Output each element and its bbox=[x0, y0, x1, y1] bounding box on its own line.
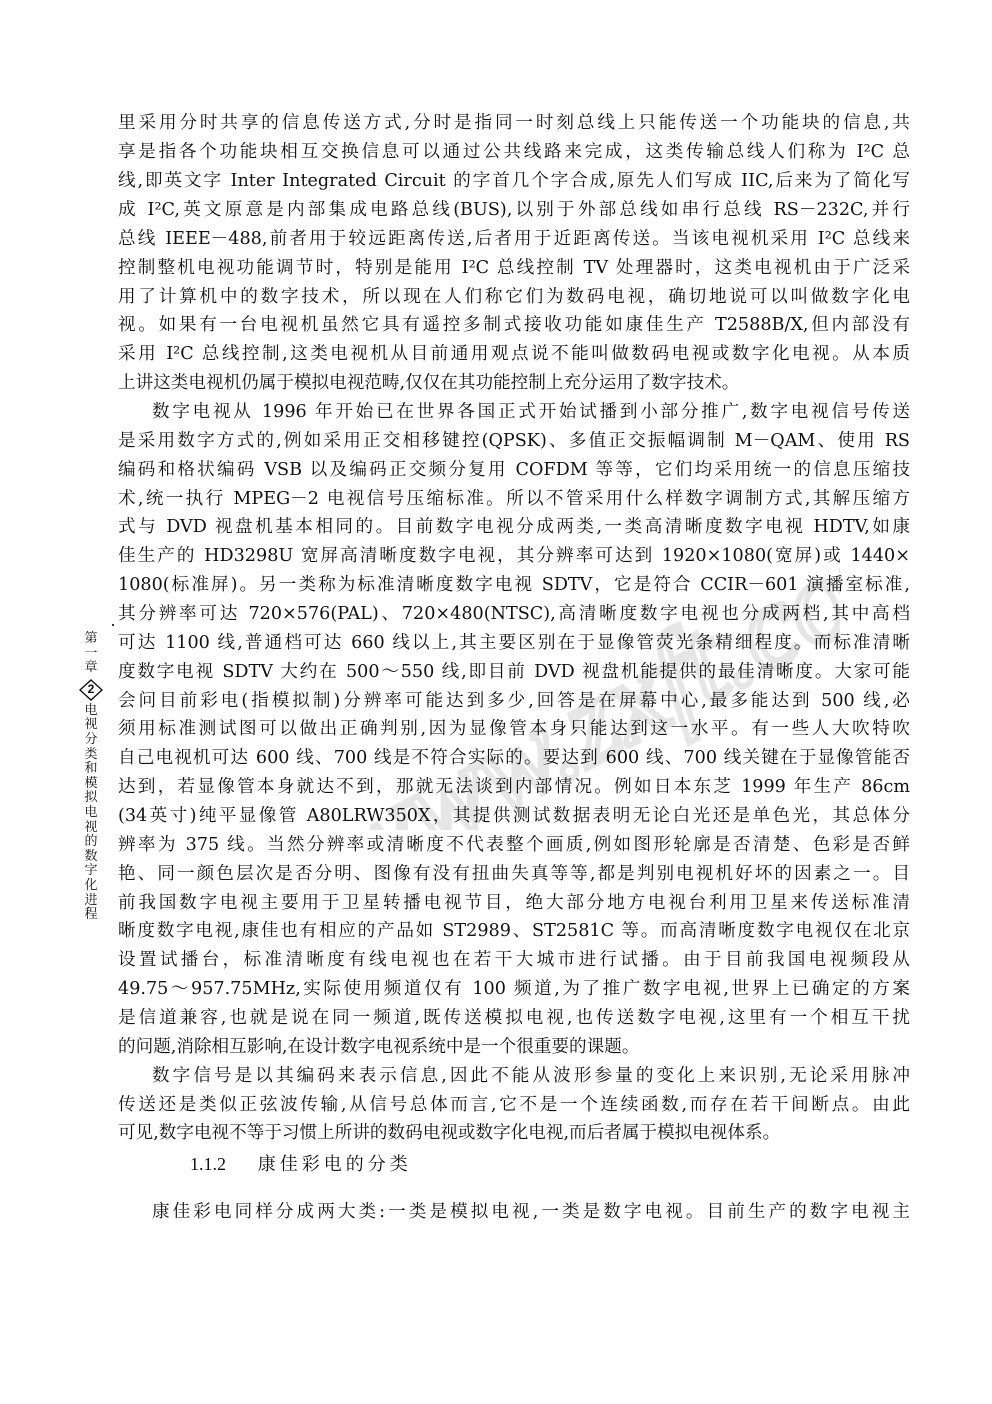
text-line: 传送还是类似正弦波传输,从信号总体而言,它不是一个连续函数,而存在若干间断点。由… bbox=[118, 1094, 910, 1116]
text-line: 设置试播台，标准清晰度有线电视也在若干大城市进行试播。由于目前我国电视频段从 bbox=[118, 949, 910, 971]
text-line: 可见,数字电视不等于习惯上所讲的数码电视或数字化电视,而后者属于模拟电视体系。 bbox=[118, 1122, 910, 1144]
text-line: 里采用分时共享的信息传送方式,分时是指同一时刻总线上只能传送一个功能块的信息,共 bbox=[118, 112, 910, 134]
text-line: 是采用数字方式的,例如采用正交相移键控(QPSK)、多值正交振幅调制 M－QAM… bbox=[118, 430, 910, 452]
text-line: 的问题,消除相互影响,在设计数字电视系统中是一个很重要的课题。 bbox=[118, 1036, 910, 1058]
page-number: 2 bbox=[79, 682, 103, 697]
chapter-title-char: 电 bbox=[80, 704, 102, 719]
text-line: 享是指各个功能块相互交换信息可以通过公共线路来完成，这类传输总线人们称为 I²C… bbox=[118, 141, 910, 163]
text-line: 线,即英文字 Inter Integrated Circuit 的字首几个字合成… bbox=[118, 170, 910, 192]
text-line: 佳生产的 HD3298U 宽屏高清晰度数字电视，其分辨率可达到 1920×108… bbox=[118, 545, 910, 567]
text-line: 前我国数字电视主要用于卫星转播电视节目，绝大部分地方电视台利用卫星来传送标准清 bbox=[118, 892, 910, 914]
text-line: 采用 I²C 总线控制,这类电视机从目前通用观点说不能叫做数码电视或数字化电视。… bbox=[118, 343, 910, 365]
section-title: 康佳彩电的分类 bbox=[258, 1154, 412, 1175]
page-number-badge: 2 bbox=[79, 679, 103, 701]
chapter-label-char: 一 bbox=[80, 647, 102, 662]
chapter-title-char: 电 bbox=[80, 806, 102, 821]
text-line: 1080(标准屏)。另一类称为标准清晰度数字电视 SDTV，它是符合 CCIR－… bbox=[118, 574, 910, 596]
document-page: www.zxft.com 里采用分时共享的信息传送方式,分时是指同一时刻总线上只… bbox=[0, 0, 992, 1404]
chapter-sidebar: 第 一 章 2 电 视 分 类 和 模 拟 电 视 的 数 字 化 进 程 bbox=[80, 632, 102, 923]
text-line: 用了计算机中的数字技术，所以现在人们称它们为数码电视，确切地说可以叫做数字化电 bbox=[118, 286, 910, 308]
text-line: 编码和格状编码 VSB 以及编码正交频分复用 COFDM 等等，它们均采用统一的… bbox=[118, 459, 910, 481]
chapter-title-char: 视 bbox=[80, 718, 102, 733]
text-line: 总线 IEEE－488,前者用于较远距离传送,后者用于近距离传送。当该电视机采用… bbox=[118, 228, 910, 250]
text-line: 术,统一执行 MPEG－2 电视信号压缩标准。所以不管采用什么样数字调制方式,其… bbox=[118, 488, 910, 510]
text-line: (34英寸)纯平显像管 A80LRW350X，其提供测试数据表明无论白光还是单色… bbox=[118, 805, 910, 827]
chapter-title-char: 分 bbox=[80, 733, 102, 748]
text-line: 其分辨率可达 720×576(PAL)、720×480(NTSC),高清晰度数字… bbox=[118, 603, 910, 625]
chapter-title-char: 程 bbox=[80, 908, 102, 923]
scan-speck bbox=[112, 624, 114, 626]
text-line: 上讲这类电视机仍属于模拟电视范畴,仅仅在其功能控制上充分运用了数字技术。 bbox=[118, 372, 910, 394]
chapter-title-char: 数 bbox=[80, 850, 102, 865]
text-line: 自己电视机可达 600 线、700 线是不符合实际的。要达到 600 线、700… bbox=[118, 747, 910, 769]
text-line: 视。如果有一台电视机虽然它具有遥控多制式接收功能如康佳生产 T2588B/X,但… bbox=[118, 314, 910, 336]
text-line: 须用标准测试图可以做出正确判别,因为显像管本身只能达到这一水平。有一些人大吹特吹 bbox=[118, 718, 910, 740]
text-line: 会问目前彩电(指模拟制)分辨率可能达到多少,回答是在屏幕中心,最多能达到 500… bbox=[118, 690, 910, 712]
chapter-title-char: 拟 bbox=[80, 791, 102, 806]
chapter-title-char: 视 bbox=[80, 821, 102, 836]
text-line: 49.75～957.75MHz,实际使用频道仅有 100 频道,为了推广数字电视… bbox=[118, 978, 910, 1000]
text-line: 可达 1100 线,普通档可达 660 线以上,其主要区别在于显像管荧光条精细程… bbox=[118, 632, 910, 654]
chapter-title-char: 字 bbox=[80, 864, 102, 879]
chapter-title-char: 的 bbox=[80, 835, 102, 850]
section-heading: 1.1.2 康佳彩电的分类 bbox=[190, 1153, 412, 1176]
text-line: 数字信号是以其编码来表示信息,因此不能从波形参量的变化上来识别,无论采用脉冲 bbox=[152, 1065, 910, 1087]
text-line: 是信道兼容,也就是说在同一频道,既传送模拟电视,也传送数字电视,这里有一个相互干… bbox=[118, 1007, 910, 1029]
chapter-label-char: 第 bbox=[80, 632, 102, 647]
text-line: 康佳彩电同样分成两大类:一类是模拟电视,一类是数字电视。目前生产的数字电视主 bbox=[152, 1201, 910, 1223]
chapter-title-char: 进 bbox=[80, 894, 102, 909]
text-line: 度数字电视 SDTV 大约在 500～550 线,即目前 DVD 视盘机能提供的… bbox=[118, 661, 910, 683]
text-line: 达到，若显像管本身就达不到，那就无法谈到内部情况。例如日本东芝 1999 年生产… bbox=[118, 776, 910, 798]
text-line: 式与 DVD 视盘机基本相同的。目前数字电视分成两类,一类高清晰度数字电视 HD… bbox=[118, 516, 910, 538]
text-line: 成 I²C,英文原意是内部集成电路总线(BUS),以别于外部总线如串行总线 RS… bbox=[118, 199, 910, 221]
section-number: 1.1.2 bbox=[190, 1154, 226, 1174]
text-line: 晰度数字电视,康佳也有相应的产品如 ST2989、ST2581C 等。而高清晰度… bbox=[118, 920, 910, 942]
chapter-label-char: 章 bbox=[80, 661, 102, 676]
chapter-title-char: 和 bbox=[80, 762, 102, 777]
text-line: 辨率为 375 线。当然分辨率或清晰度不代表整个画质,例如图形轮廓是否清楚、色彩… bbox=[118, 834, 910, 856]
text-line: 数字电视从 1996 年开始已在世界各国正式开始试播到小部分推广,数字电视信号传… bbox=[152, 401, 910, 423]
chapter-title-char: 化 bbox=[80, 879, 102, 894]
text-line: 控制整机电视功能调节时，特别是能用 I²C 总线控制 TV 处理器时，这类电视机… bbox=[118, 257, 910, 279]
text-line: 艳、同一颜色层次是否分明、图像有没有扭曲失真等等,都是判别电视机好坏的因素之一。… bbox=[118, 863, 910, 885]
chapter-title-char: 类 bbox=[80, 748, 102, 763]
